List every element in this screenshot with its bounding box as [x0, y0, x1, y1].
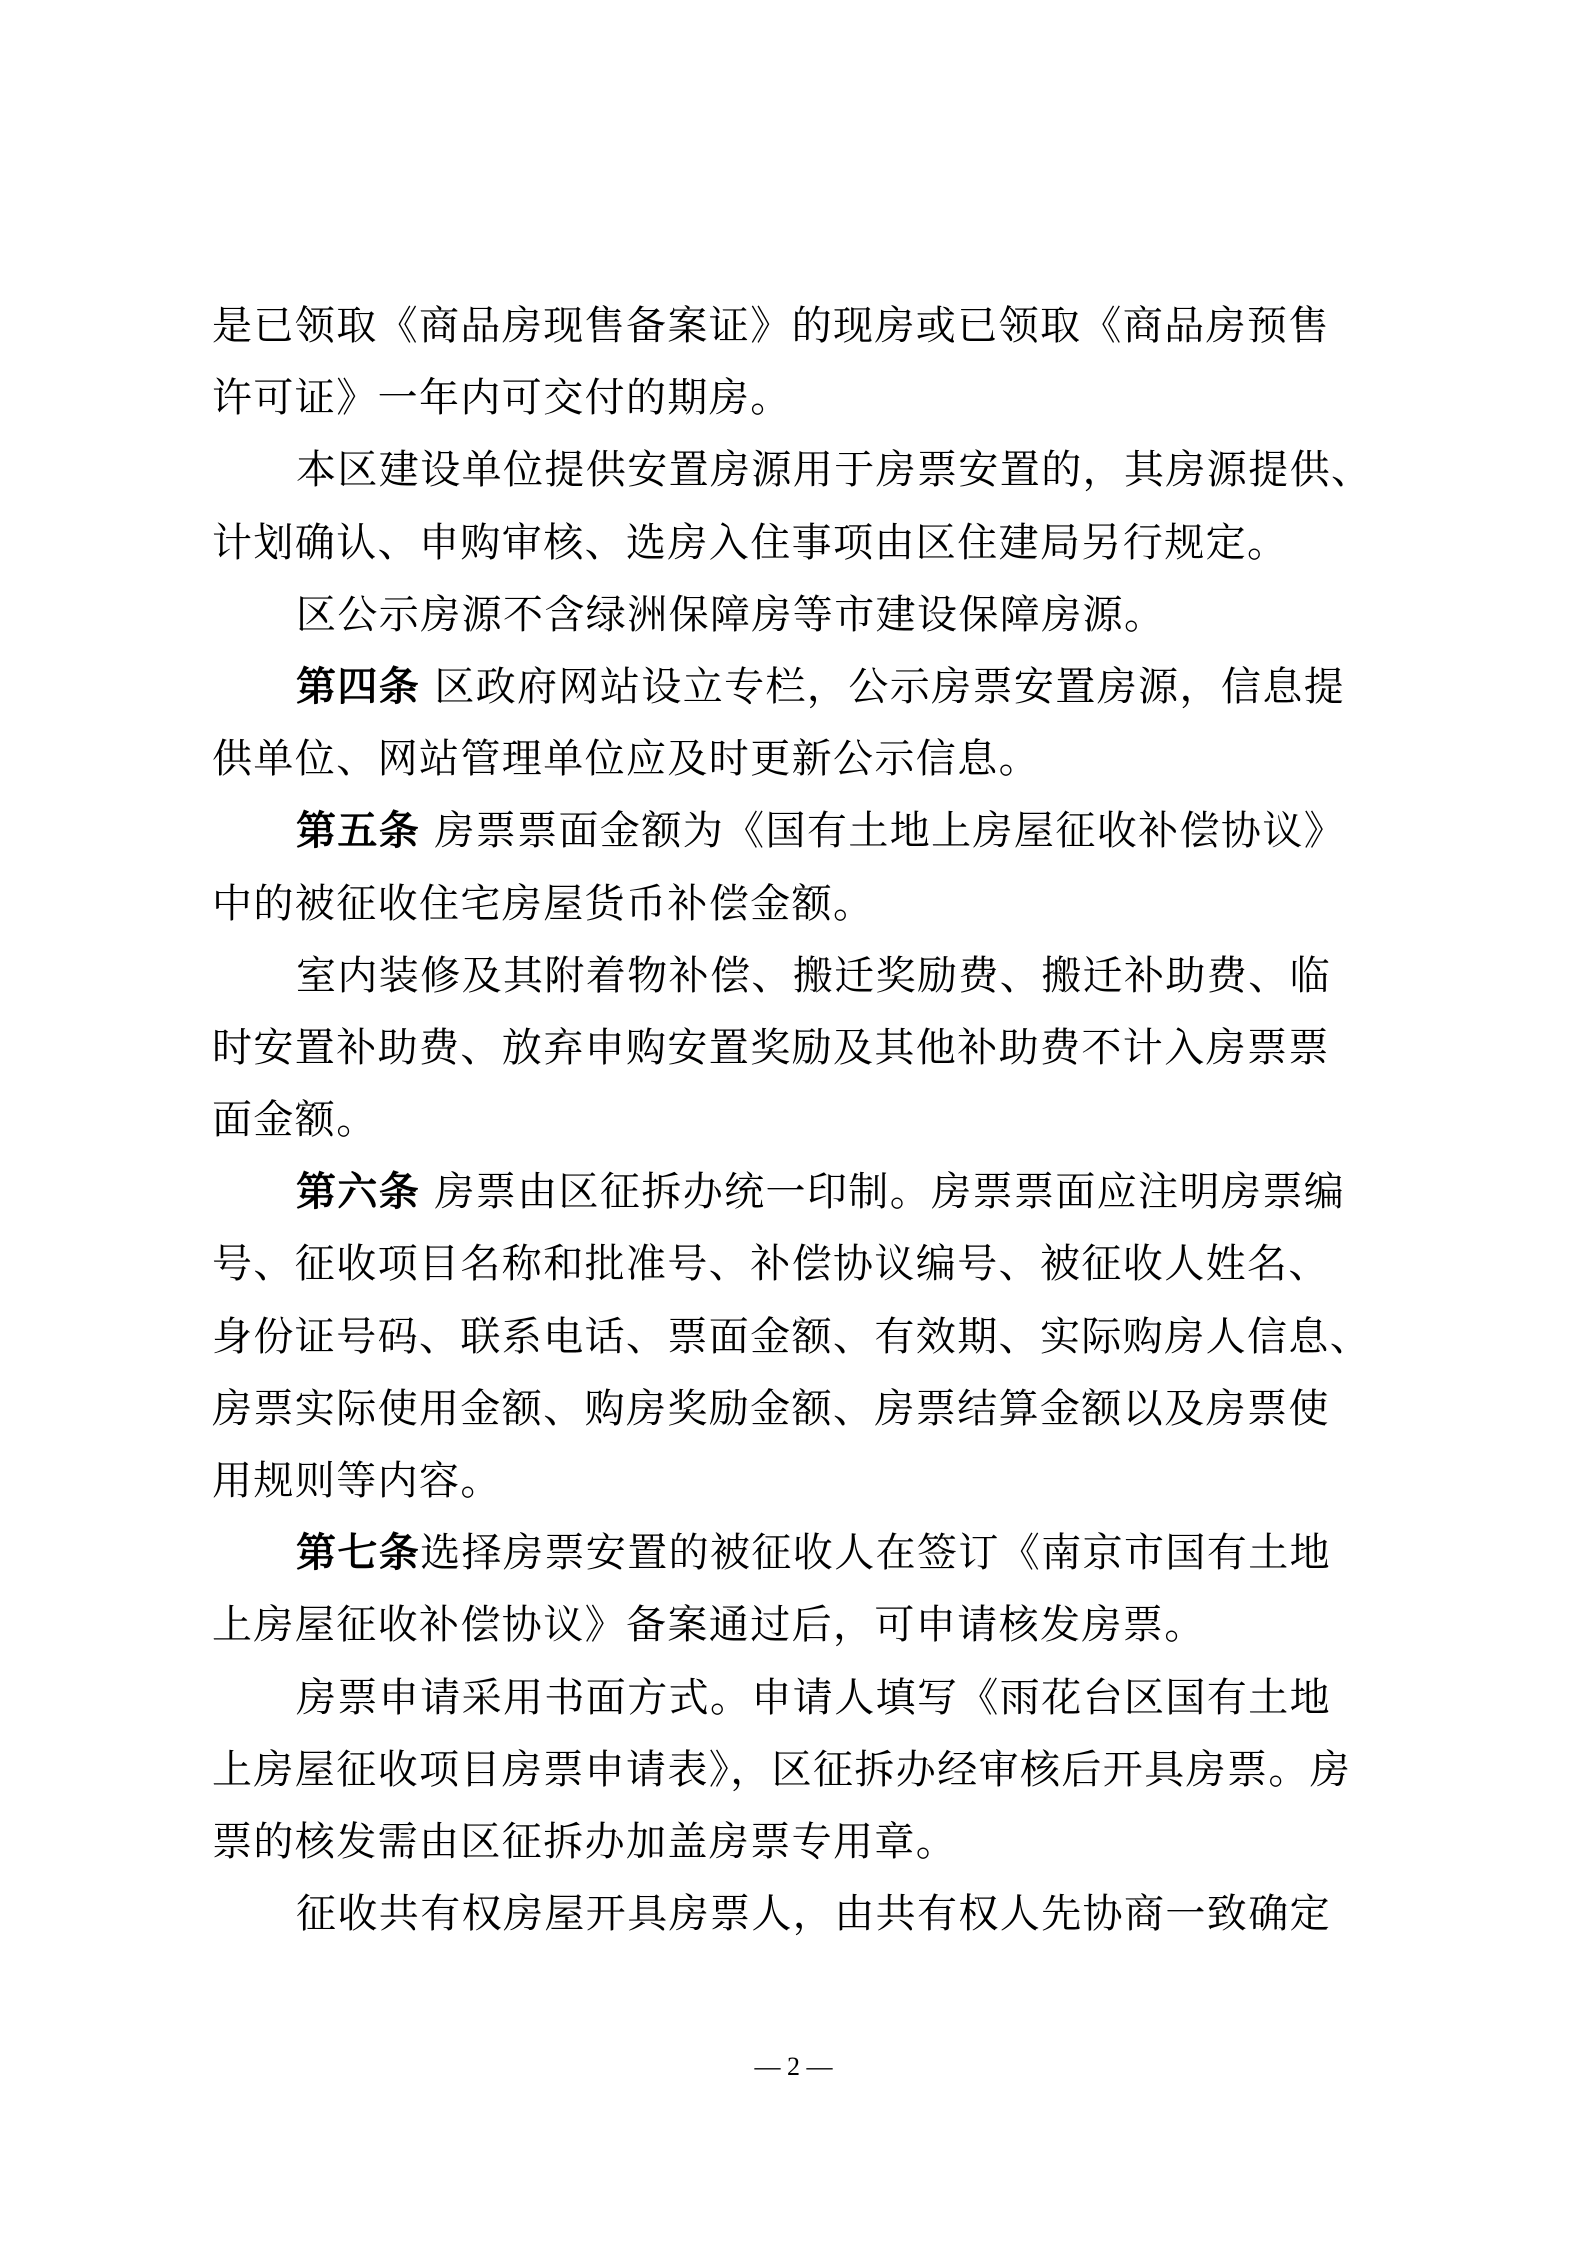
- article-text: 房票票面金额为《国有土地上房屋征收补偿协议》: [420, 808, 1345, 854]
- text-line: 面金额。: [212, 1084, 1382, 1156]
- article-text: 区政府网站设立专栏，公示房票安置房源，信息提: [420, 664, 1345, 710]
- text-line: 室内装修及其附着物补偿、搬迁奖励费、搬迁补助费、临: [212, 940, 1382, 1012]
- document-page: 是已领取《商品房现售备案证》的现房或已领取《商品房预售 许可证》一年内可交付的期…: [0, 0, 1587, 2245]
- text-line: 区公示房源不含绿洲保障房等市建设保障房源。: [212, 579, 1382, 651]
- text-line: 房票实际使用金额、购房奖励金额、房票结算金额以及房票使: [212, 1373, 1382, 1445]
- text-line: 是已领取《商品房现售备案证》的现房或已领取《商品房预售: [212, 290, 1382, 362]
- article-text: 选择房票安置的被征收人在签订《南京市国有土地: [420, 1530, 1331, 1576]
- text-line: 票的核发需由区征拆办加盖房票专用章。: [212, 1806, 1382, 1878]
- article-heading: 第七条: [296, 1530, 420, 1576]
- text-line: 征收共有权房屋开具房票人，由共有权人先协商一致确定: [212, 1878, 1382, 1950]
- article-line: 第六条 房票由区征拆办统一印制。房票票面应注明房票编: [212, 1156, 1382, 1228]
- article-text: 房票由区征拆办统一印制。房票票面应注明房票编: [420, 1169, 1345, 1215]
- text-line: 许可证》一年内可交付的期房。: [212, 362, 1382, 434]
- article-heading: 第五条: [296, 808, 420, 854]
- text-line: 时安置补助费、放弃申购安置奖励及其他补助费不计入房票票: [212, 1012, 1382, 1084]
- text-line: 用规则等内容。: [212, 1445, 1382, 1517]
- text-line: 身份证号码、联系电话、票面金额、有效期、实际购房人信息、: [212, 1301, 1382, 1373]
- article-heading: 第六条: [296, 1169, 420, 1215]
- document-body: 是已领取《商品房现售备案证》的现房或已领取《商品房预售 许可证》一年内可交付的期…: [212, 290, 1382, 1950]
- article-line: 第七条选择房票安置的被征收人在签订《南京市国有土地: [212, 1517, 1382, 1589]
- article-heading: 第四条: [296, 664, 420, 710]
- text-line: 房票申请采用书面方式。申请人填写《雨花台区国有土地: [212, 1662, 1382, 1734]
- text-line: 本区建设单位提供安置房源用于房票安置的，其房源提供、: [212, 434, 1382, 506]
- page-number: — 2 —: [0, 2052, 1587, 2082]
- text-line: 计划确认、申购审核、选房入住事项由区住建局另行规定。: [212, 507, 1382, 579]
- text-line: 上房屋征收补偿协议》备案通过后，可申请核发房票。: [212, 1589, 1382, 1661]
- text-line: 中的被征收住宅房屋货币补偿金额。: [212, 868, 1382, 940]
- article-line: 第五条 房票票面金额为《国有土地上房屋征收补偿协议》: [212, 795, 1382, 867]
- text-line: 供单位、网站管理单位应及时更新公示信息。: [212, 723, 1382, 795]
- article-line: 第四条 区政府网站设立专栏，公示房票安置房源，信息提: [212, 651, 1382, 723]
- text-line: 上房屋征收项目房票申请表》，区征拆办经审核后开具房票。房: [212, 1734, 1382, 1806]
- text-line: 号、征收项目名称和批准号、补偿协议编号、被征收人姓名、: [212, 1228, 1382, 1300]
